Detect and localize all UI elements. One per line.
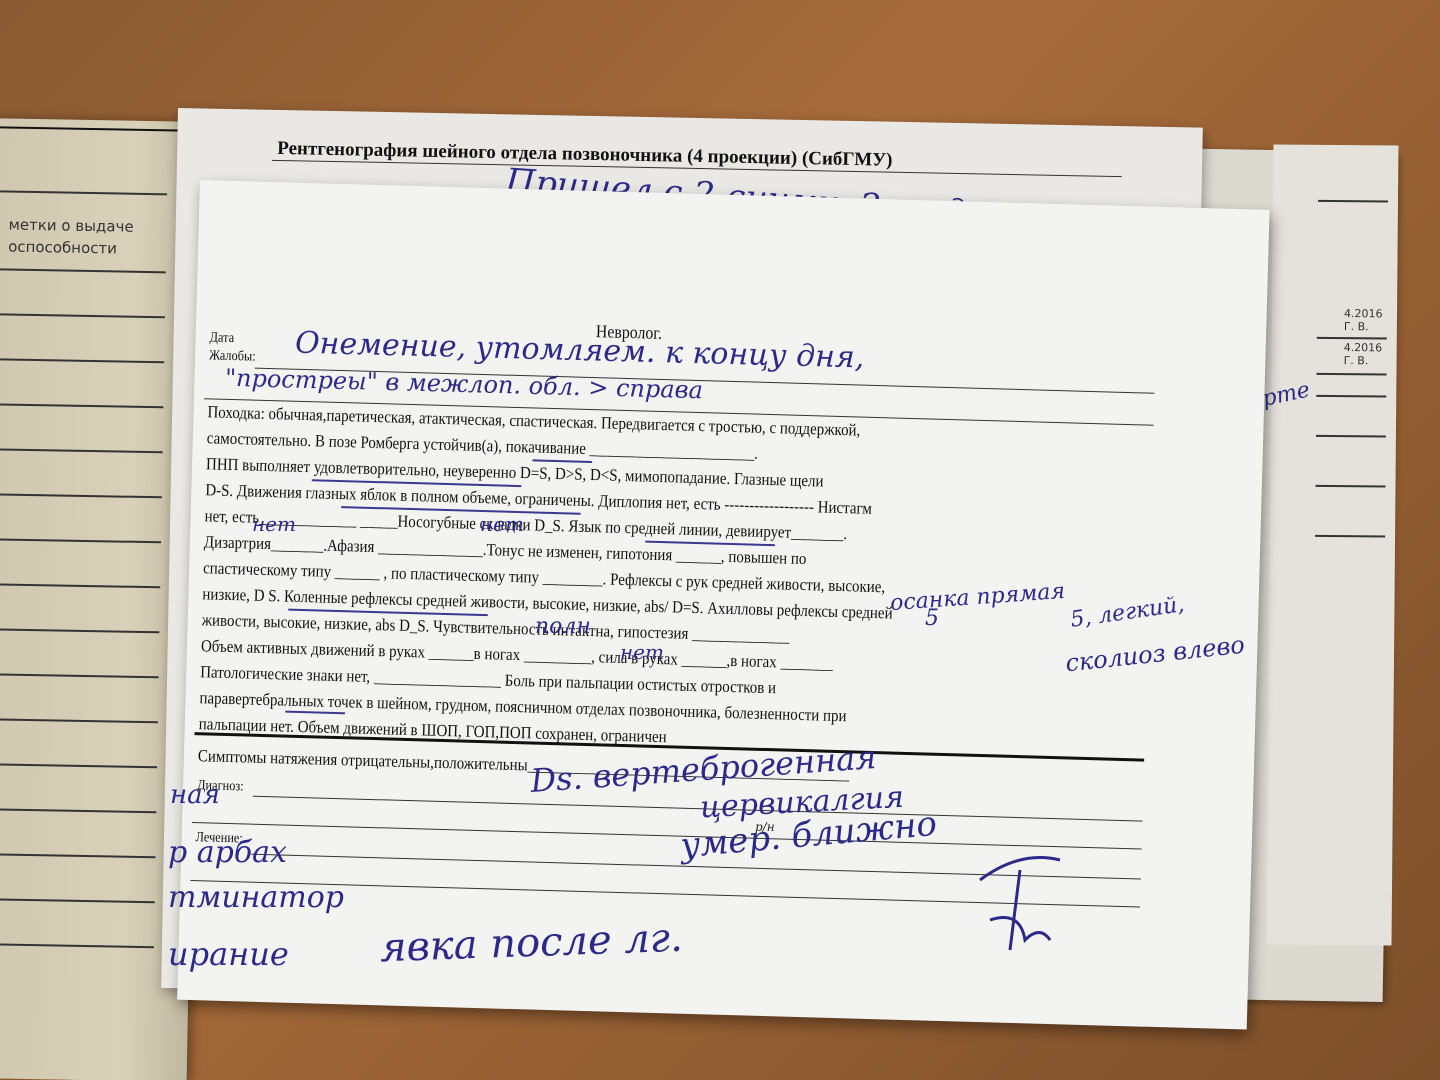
signature-mark xyxy=(960,840,1070,960)
entry-name: Г. В. xyxy=(1344,320,1369,333)
margin-note: р арбах xyxy=(168,835,287,870)
entry-date: 4.2016 xyxy=(1344,307,1383,320)
heading-line: оспособности xyxy=(8,236,134,260)
margin-note: ная xyxy=(170,780,220,810)
date-label: Дата xyxy=(209,330,234,347)
dysarthria-value: нет xyxy=(252,512,296,536)
heading-line: метки о выдаче xyxy=(8,214,134,238)
rule-line xyxy=(0,190,167,195)
margin-note: ирание xyxy=(168,935,289,973)
arm-strength-value: 5 xyxy=(925,606,939,631)
divider xyxy=(0,126,178,131)
left-page-heading: метки о выдаче оспособности xyxy=(8,214,134,260)
aphasia-value: нет xyxy=(480,512,524,536)
right-paper-stack: 4.2016 Г. В. 4.2016 Г. В. xyxy=(1267,144,1399,945)
margin-note: тминатор xyxy=(168,880,344,915)
entry-date: 4.2016 xyxy=(1344,341,1383,354)
entry-name: Г. В. xyxy=(1344,354,1369,367)
arm-movements-value: полн xyxy=(535,614,591,639)
pathological-signs-value: нет xyxy=(620,640,664,664)
